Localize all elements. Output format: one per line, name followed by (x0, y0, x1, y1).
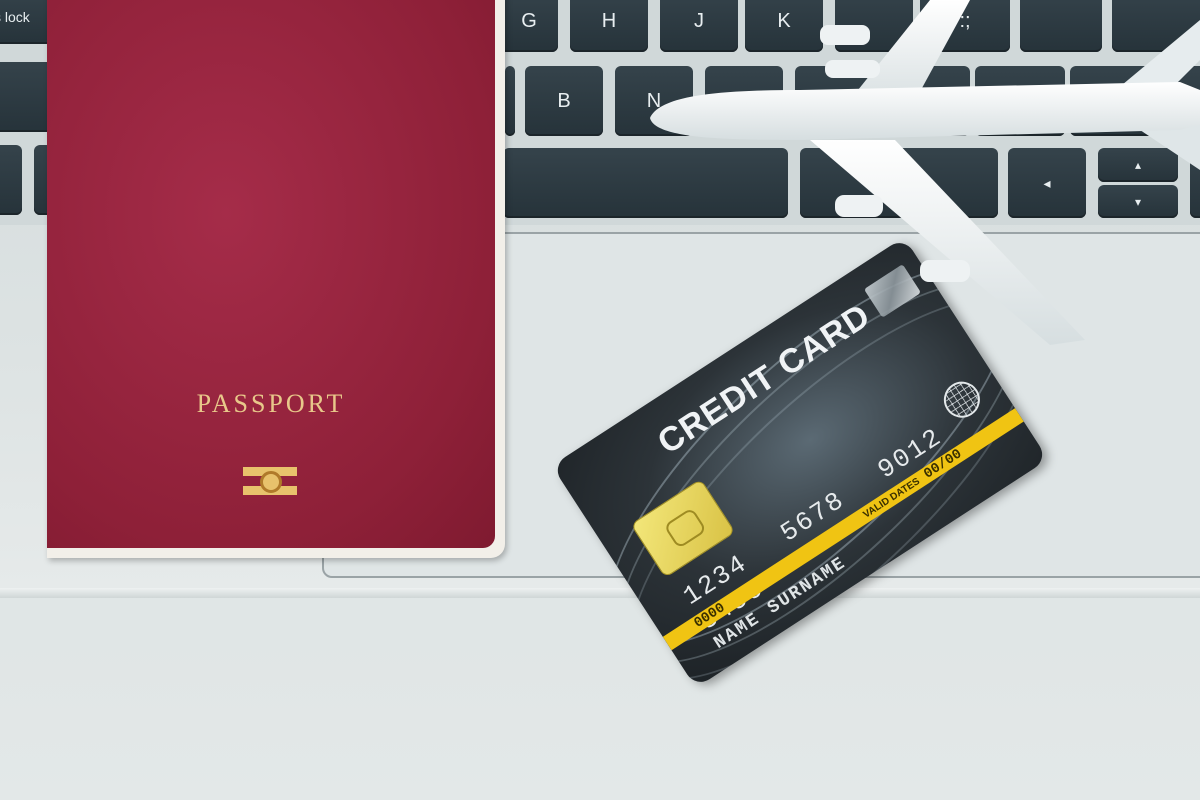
passport: PASSPORT (47, 0, 505, 558)
toy-airplane-icon (640, 0, 1200, 350)
key-b: B (525, 66, 603, 136)
key-h: H (570, 0, 648, 52)
passport-title: PASSPORT (47, 389, 495, 419)
passport-cover: PASSPORT (47, 0, 495, 548)
key-fn (0, 145, 22, 215)
key-g: G (500, 0, 558, 52)
laptop-front-edge (0, 588, 1200, 598)
epassport-chip-icon (243, 467, 297, 495)
key-v (505, 66, 515, 136)
